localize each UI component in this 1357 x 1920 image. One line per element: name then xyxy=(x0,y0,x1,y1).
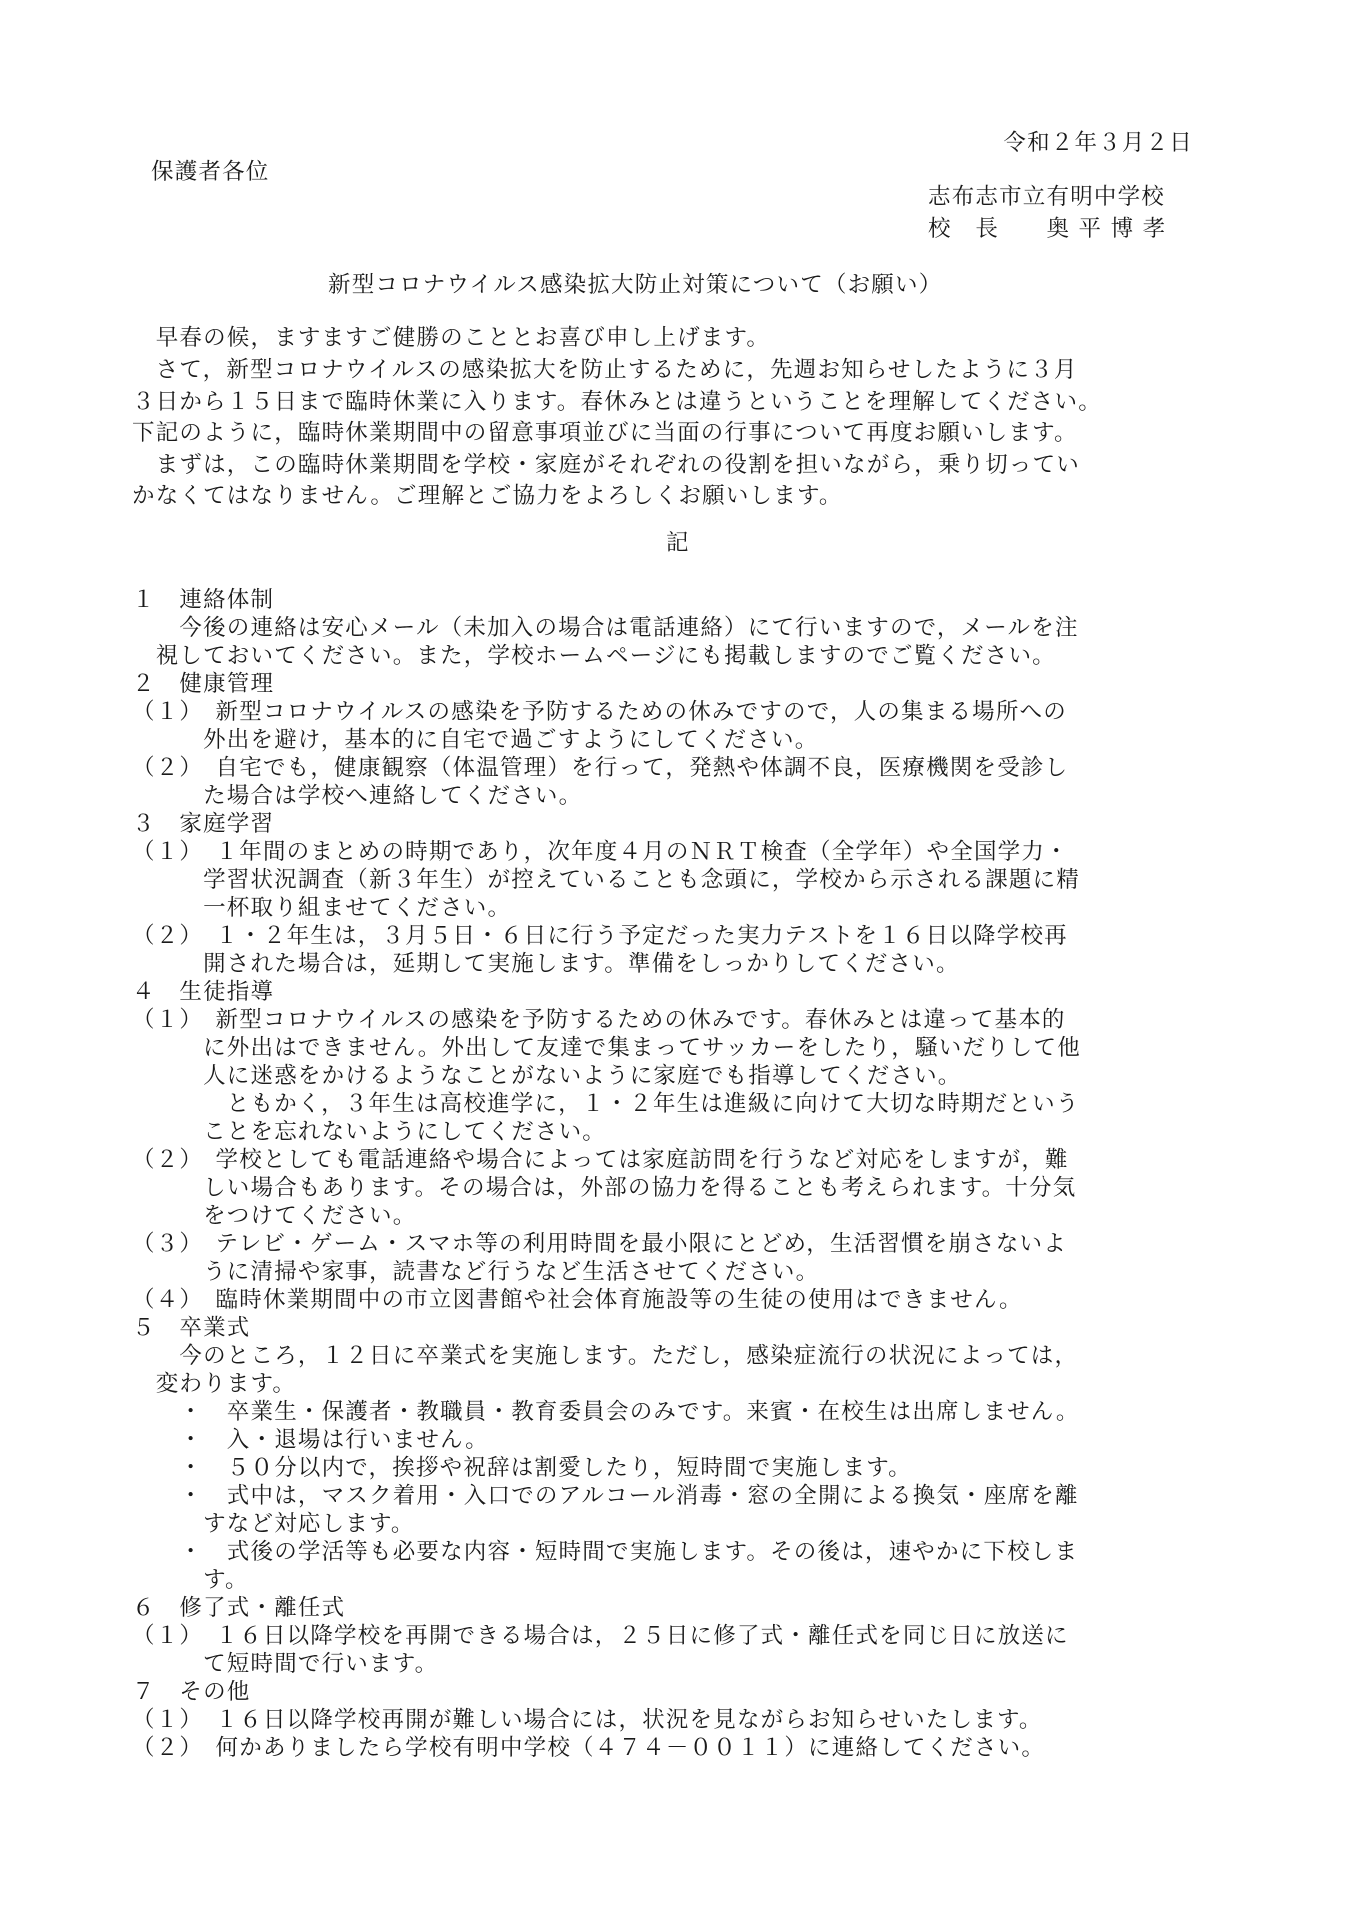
school-name: 志布志市立有明中学校 xyxy=(928,182,1165,212)
bullet-item: ・ ５０分以内で，挨拶や祝辞は割愛したり，短時間で実施します。 xyxy=(132,1453,912,1483)
section-line: （４） 臨時休業期間中の市立図書館や社会体育施設等の生徒の使用はできません。 xyxy=(132,1285,1023,1315)
intro-line: 早春の候，ますますご健勝のこととお喜び申し上げます。 xyxy=(132,323,770,353)
section-line: 外出を避け，基本的に自宅で過ごすようにしてください。 xyxy=(132,725,818,755)
ki-marker: 記 xyxy=(666,528,690,558)
section-line: （１） １６日以降学校を再開できる場合は，２５日に修了式・離任式を同じ日に放送に xyxy=(132,1621,1069,1651)
section-line: 一杯取り組ませてください。 xyxy=(132,893,511,923)
section-line: （２） １・２年生は，３月５日・６日に行う予定だった実力テストを１６日以降学校再 xyxy=(132,921,1068,951)
section-line: 視しておいてください。また，学校ホームページにも掲載しますのでご覧ください。 xyxy=(132,641,1056,671)
section-line: （２） 学校としても電話連絡や場合によっては家庭訪問を行うなど対応をしますが，難 xyxy=(132,1145,1069,1175)
section-line: （１） １年間のまとめの時期であり，次年度４月のＮＲＴ検査（全学年）や全国学力・ xyxy=(132,837,1069,867)
document-title: 新型コロナウイルス感染拡大防止対策について（お願い） xyxy=(328,270,942,300)
section-line: 今後の連絡は安心メール（未加入の場合は電話連絡）にて行いますので，メールを注 xyxy=(132,613,1079,643)
intro-line: かなくてはなりません。ご理解とご協力をよろしくお願いします。 xyxy=(132,481,843,511)
addressee: 保護者各位 xyxy=(151,157,270,187)
section-line: うに清掃や家事，読書など行うなど生活させてください。 xyxy=(132,1257,819,1287)
section-heading: ６ 修了式・離任式 xyxy=(132,1593,345,1623)
section-line: （１） 新型コロナウイルスの感染を予防するための休みです。春休みとは違って基本的 xyxy=(132,1005,1066,1035)
section-line: しい場合もあります。その場合は，外部の協力を得ることも考えられます。十分気 xyxy=(132,1173,1076,1203)
section-heading: ３ 家庭学習 xyxy=(132,809,274,839)
section-line: 今のところ，１２日に卒業式を実施します。ただし，感染症流行の状況によっては， xyxy=(132,1341,1078,1371)
principal-name: 校 長 奥 平 博 孝 xyxy=(928,214,1166,244)
section-line: （１） １６日以降学校再開が難しい場合には，状況を見ながらお知らせいたします。 xyxy=(132,1705,1043,1735)
intro-line: まずは，この臨時休業期間を学校・家庭がそれぞれの役割を担いながら，乗り切ってい xyxy=(132,450,1080,480)
section-heading: ２ 健康管理 xyxy=(132,669,274,699)
section-line: す。 xyxy=(132,1565,249,1595)
section-line: すなど対応します。 xyxy=(132,1509,415,1539)
section-line: （２） 自宅でも，健康観察（体温管理）を行って，発熱や体調不良，医療機関を受診し xyxy=(132,753,1068,783)
intro-line: さて，新型コロナウイルスの感染拡大を防止するために，先週お知らせしたように３月 xyxy=(132,355,1078,385)
section-heading: ４ 生徒指導 xyxy=(132,977,274,1007)
date: 令和２年３月２日 xyxy=(1003,128,1193,158)
section-line: て短時間で行います。 xyxy=(132,1649,438,1679)
section-line: （１） 新型コロナウイルスの感染を予防するための休みですので，人の集まる場所への xyxy=(132,697,1067,727)
section-line: 人に迷惑をかけるようなことがないように家庭でも指導してください。 xyxy=(132,1061,962,1091)
bullet-item: ・ 卒業生・保護者・教職員・教育委員会のみです。来賓・在校生は出席しません。 xyxy=(132,1397,1080,1427)
bullet-item: ・ 式後の学活等も必要な内容・短時間で実施します。その後は，速やかに下校しま xyxy=(132,1537,1078,1567)
intro-line: ３日から１５日まで臨時休業に入ります。春休みとは違うということを理解してください… xyxy=(132,387,1102,417)
section-line: をつけてください。 xyxy=(132,1201,416,1231)
section-heading: １ 連絡体制 xyxy=(132,585,274,615)
section-line: 開された場合は，延期して実施します。準備をしっかりしてください。 xyxy=(132,949,960,979)
section-line: ともかく，３年生は高校進学に，１・２年生は進級に向けて大切な時期だという xyxy=(132,1089,1080,1119)
document-page: 令和２年３月２日 保護者各位 志布志市立有明中学校 校 長 奥 平 博 孝 新型… xyxy=(0,0,1357,1920)
section-line: ことを忘れないようにしてください。 xyxy=(132,1117,606,1147)
section-line: 変わります。 xyxy=(132,1369,296,1399)
section-line: 学習状況調査（新３年生）が控えていることも念頭に，学校から示される課題に精 xyxy=(132,865,1080,895)
section-heading: ７ その他 xyxy=(132,1677,251,1707)
bullet-item: ・ 入・退場は行いません。 xyxy=(132,1425,489,1455)
section-line: （２） 何かありましたら学校有明中学校（４７４－００１１）に連絡してください。 xyxy=(132,1733,1045,1763)
intro-line: 下記のように，臨時休業期間中の留意事項並びに当面の行事について再度お願いします。 xyxy=(132,418,1078,448)
section-line: に外出はできません。外出して友達で集まってサッカーをしたり，騒いだりして他 xyxy=(132,1033,1081,1063)
section-heading: ５ 卒業式 xyxy=(132,1313,251,1343)
section-line: た場合は学校へ連絡してください。 xyxy=(132,781,582,811)
section-line: （３） テレビ・ゲーム・スマホ等の利用時間を最小限にとどめ，生活習慣を崩さないよ xyxy=(132,1229,1067,1259)
bullet-item: ・ 式中は，マスク着用・入口でのアルコール消毒・窓の全開による換気・座席を離 xyxy=(132,1481,1079,1511)
